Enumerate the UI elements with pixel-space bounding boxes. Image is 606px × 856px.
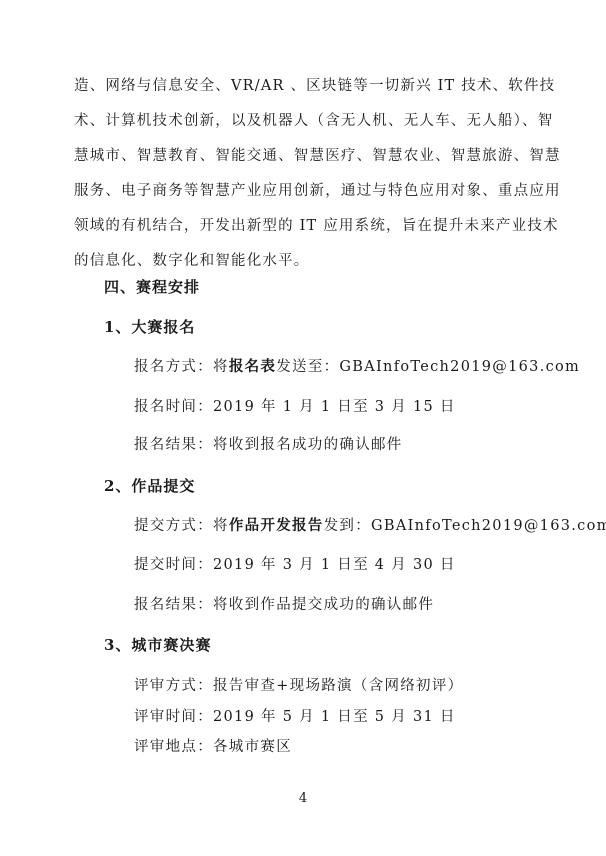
registration-time: 报名时间：2019 年 1 月 1 日至 3 月 15 日: [134, 397, 456, 417]
item-value: 将收到报名成功的确认邮件: [213, 437, 403, 453]
item-label: 评审时间：: [134, 709, 213, 725]
subsection-title-submission: 2、作品提交: [104, 476, 195, 496]
item-label: 报名结果：: [134, 597, 213, 613]
subsection-title-city-final: 3、城市赛决赛: [104, 635, 211, 655]
review-method: 评审方式：报告审查+现场路演（含网络初评）: [134, 676, 463, 696]
item-suffix: 发到：GBAInfoTech2019@163.com: [324, 518, 606, 534]
item-value: 将收到作品提交成功的确认邮件: [213, 597, 434, 613]
item-label: 报名方式：: [134, 359, 213, 375]
item-label: 提交方式：: [134, 518, 213, 534]
item-label: 评审地点：: [134, 739, 213, 755]
submission-method: 提交方式：将作品开发报告发到：GBAInfoTech2019@163.com: [134, 516, 606, 536]
item-label: 评审方式：: [134, 678, 213, 694]
item-value: 报告审查+现场路演（含网络初评）: [213, 678, 463, 694]
registration-result: 报名结果：将收到报名成功的确认邮件: [134, 435, 403, 455]
submission-result: 报名结果：将收到作品提交成功的确认邮件: [134, 595, 434, 615]
review-location: 评审地点：各城市赛区: [134, 737, 292, 757]
review-time: 评审时间：2019 年 5 月 1 日至 5 月 31 日: [134, 707, 456, 727]
item-bold-text: 报名表: [229, 358, 276, 375]
item-label: 提交时间：: [134, 557, 213, 573]
paragraph-line: 领域的有机结合，开发出新型的 IT 应用系统，旨在提升未来产业技术: [74, 216, 559, 236]
paragraph-line: 造、网络与信息安全、VR/AR 、区块链等一切新兴 IT 技术、软件技: [74, 76, 555, 96]
item-suffix: 发送至：GBAInfoTech2019@163.com: [276, 359, 580, 375]
item-prefix: 将: [213, 518, 229, 534]
item-prefix: 将: [213, 359, 229, 375]
page-number: 4: [0, 790, 606, 808]
document-page: 造、网络与信息安全、VR/AR 、区块链等一切新兴 IT 技术、软件技 术、计算…: [0, 0, 606, 856]
submission-time: 提交时间：2019 年 3 月 1 日至 4 月 30 日: [134, 555, 456, 575]
item-label: 报名结果：: [134, 437, 213, 453]
section-title: 四、赛程安排: [104, 277, 200, 297]
item-label: 报名时间：: [134, 399, 213, 415]
registration-method: 报名方式：将报名表发送至：GBAInfoTech2019@163.com: [134, 357, 580, 377]
paragraph-line: 术、计算机技术创新，以及机器人（含无人机、无人车、无人船）、智: [74, 111, 553, 131]
item-value: 2019 年 3 月 1 日至 4 月 30 日: [213, 557, 456, 573]
paragraph-line: 的信息化、数字化和智能化水平。: [74, 251, 310, 271]
subsection-title-registration: 1、大赛报名: [104, 317, 195, 337]
item-bold-text: 作品开发报告: [229, 517, 324, 534]
paragraph-line: 服务、电子商务等智慧产业应用创新，通过与特色应用对象、重点应用: [74, 181, 561, 201]
item-value: 各城市赛区: [213, 739, 292, 755]
item-value: 2019 年 1 月 1 日至 3 月 15 日: [213, 399, 456, 415]
paragraph-line: 慧城市、智慧教育、智能交通、智慧医疗、智慧农业、智慧旅游、智慧: [74, 146, 561, 166]
item-value: 2019 年 5 月 1 日至 5 月 31 日: [213, 709, 456, 725]
